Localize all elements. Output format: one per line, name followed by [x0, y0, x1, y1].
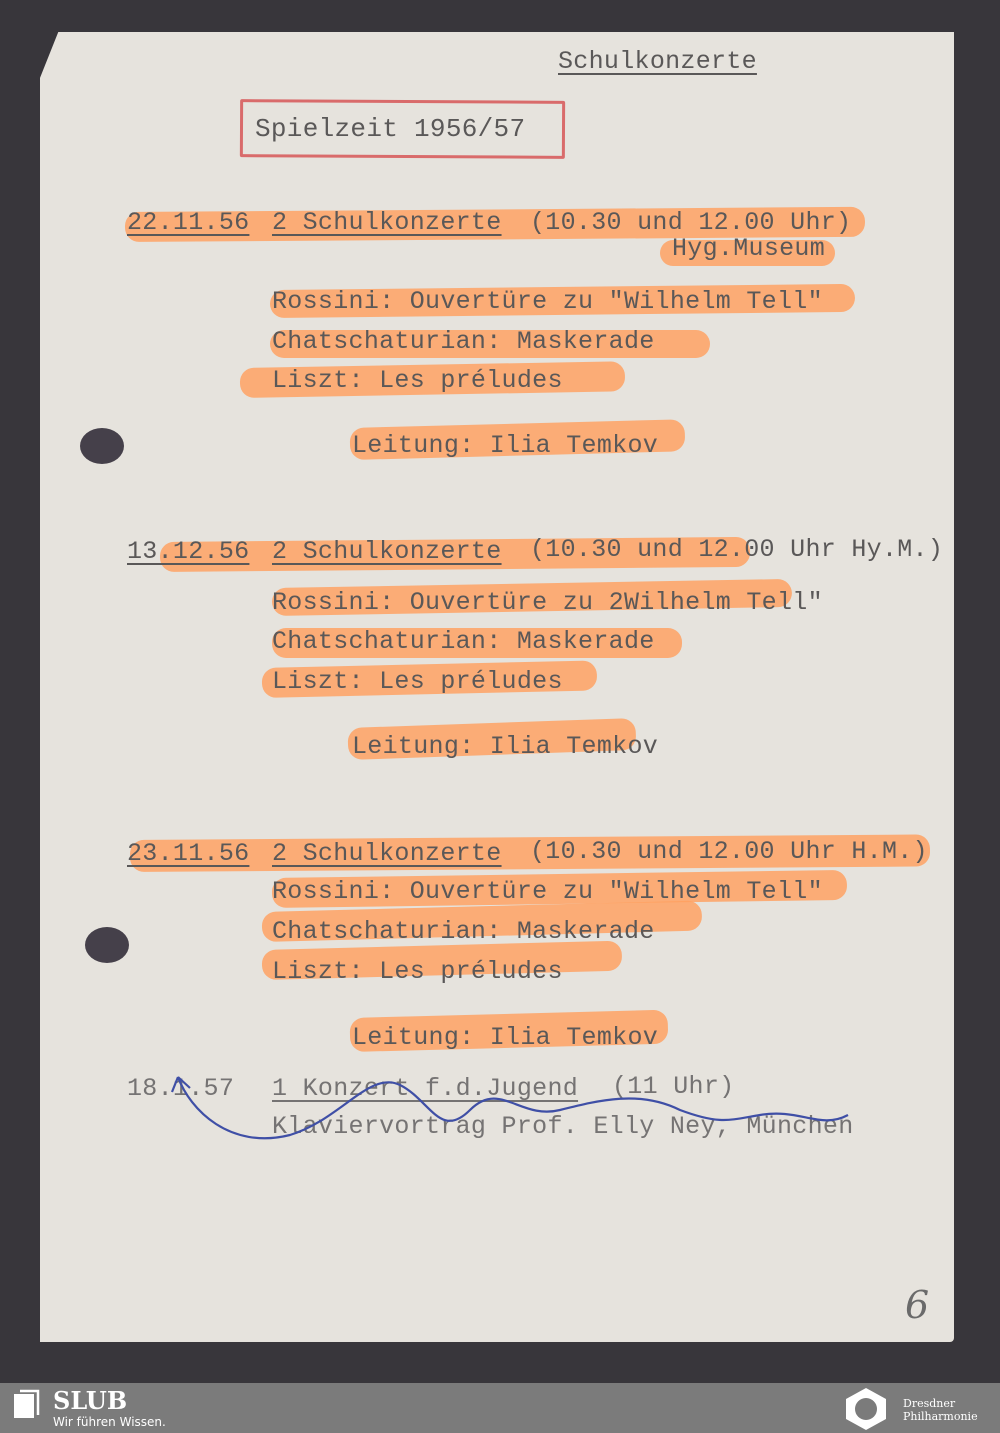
program-item: Chatschaturian: Maskerade	[272, 917, 655, 946]
entry-venue: Hyg.Museum	[672, 234, 825, 263]
entry-date: 13.12.56	[127, 537, 249, 566]
slub-book-icon	[12, 1389, 42, 1419]
program-item: Rossini: Ouvertüre zu "Wilhelm Tell"	[272, 877, 823, 906]
document-header-title: Schulkonzerte	[558, 47, 757, 76]
program-item: Liszt: Les préludes	[272, 667, 563, 696]
philharmonie-sun-icon	[842, 1387, 890, 1431]
entry-time: (10.30 und 12.00 Uhr Hy.M.)	[530, 535, 943, 564]
program-item: Rossini: Ouvertüre zu 2Wilhelm Tell"	[272, 588, 823, 617]
entry-time: (11 Uhr)	[612, 1072, 734, 1101]
punch-hole	[85, 927, 129, 963]
entry-title: 2 Schulkonzerte	[272, 208, 502, 237]
page-number: 6	[905, 1283, 929, 1327]
entry-title: 2 Schulkonzerte	[272, 537, 502, 566]
slub-tagline: Wir führen Wissen.	[53, 1415, 166, 1429]
philharmonie-line2: Philharmonie	[903, 1410, 978, 1423]
entry-time: (10.30 und 12.00 Uhr)	[530, 208, 851, 237]
entry-detail: Klaviervortrag Prof. Elly Ney, München	[272, 1112, 854, 1141]
season-label: Spielzeit 1956/57	[255, 114, 525, 144]
footer-bar: SLUB Wir führen Wissen. Dresdner Philhar…	[0, 1383, 1000, 1433]
program-item: Liszt: Les préludes	[272, 366, 563, 395]
entry-date: 23.11.56	[127, 839, 249, 868]
program-item: Rossini: Ouvertüre zu "Wilhelm Tell"	[272, 287, 823, 316]
entry-date: 18.1.57	[127, 1074, 234, 1103]
program-item: Chatschaturian: Maskerade	[272, 327, 655, 356]
entry-conductor: Leitung: Ilia Temkov	[352, 1023, 658, 1052]
entry-date: 22.11.56	[127, 208, 249, 237]
philharmonie-line1: Dresdner	[903, 1397, 978, 1410]
entry-conductor: Leitung: Ilia Temkov	[352, 732, 658, 761]
entry-title: 1 Konzert f.d.Jugend	[272, 1074, 578, 1103]
program-item: Liszt: Les préludes	[272, 957, 563, 986]
philharmonie-brand: Dresdner Philharmonie	[903, 1397, 978, 1423]
entry-time: (10.30 und 12.00 Uhr H.M.)	[530, 837, 928, 866]
entry-title: 2 Schulkonzerte	[272, 839, 502, 868]
punch-hole	[80, 428, 124, 464]
program-item: Chatschaturian: Maskerade	[272, 627, 655, 656]
slub-brand: SLUB	[53, 1386, 127, 1415]
entry-conductor: Leitung: Ilia Temkov	[352, 431, 658, 460]
